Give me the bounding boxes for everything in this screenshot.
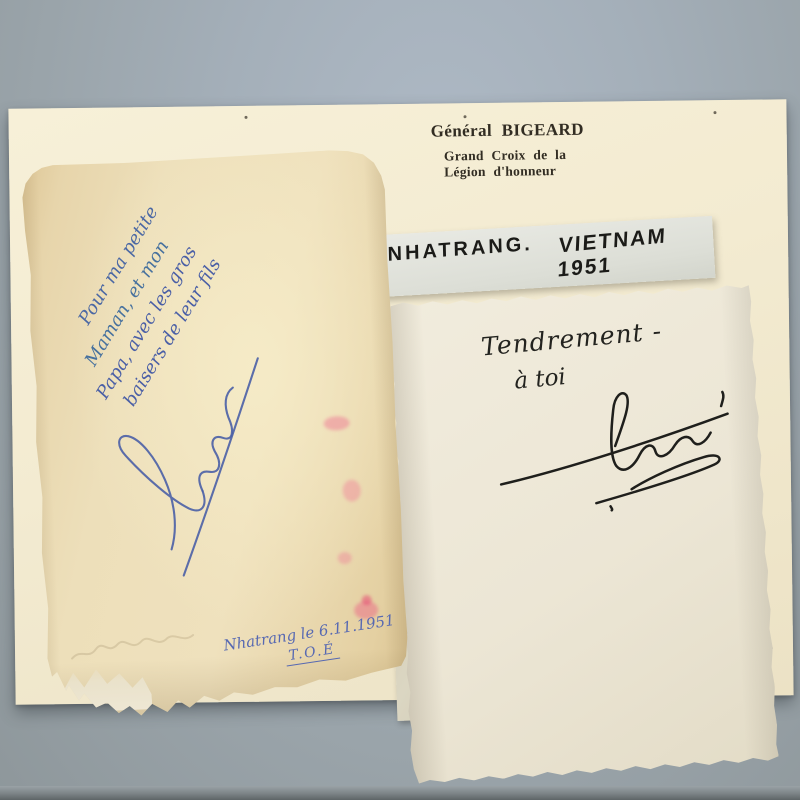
pinhole <box>713 111 716 114</box>
pink-stain <box>361 595 371 605</box>
pinhole <box>464 115 467 118</box>
table-edge-shadow <box>0 786 800 800</box>
honour-subtitle: Grand Croix de la Légion d'honneur <box>444 147 585 180</box>
location-strip-text: NHATRANG. VIETNAM 1951 <box>387 223 715 290</box>
signature-flourish-icon <box>494 375 741 518</box>
pinhole <box>244 116 247 119</box>
pink-stain <box>342 479 361 502</box>
dedication-line1: Tendrement - <box>456 314 688 364</box>
photo-of-documents-scene: Général BIGEARD Grand Croix de la Légion… <box>0 0 800 800</box>
photo-back-right: Tendrement - à toi <box>385 282 779 784</box>
toe-mention: T.O.É <box>285 641 340 667</box>
general-name-title: Général BIGEARD <box>431 120 584 142</box>
photo-back-left: Pour ma petite Maman, et mon Papa, avec … <box>12 148 411 720</box>
pink-stain <box>323 416 350 431</box>
signature-right <box>494 375 741 518</box>
pink-stain <box>338 552 353 565</box>
location-place: NHATRANG. <box>387 233 533 267</box>
honour-subtitle-line1: Grand Croix de la <box>444 147 584 164</box>
printed-attribution: Général BIGEARD Grand Croix de la Légion… <box>431 120 585 180</box>
location-detail: VIETNAM 1951 <box>557 220 715 283</box>
embossed-impression <box>67 624 209 670</box>
date-inscription: Nhatrang le 6.11.1951 T.O.É <box>204 608 417 678</box>
honour-subtitle-line2: Légion d'honneur <box>444 162 584 179</box>
